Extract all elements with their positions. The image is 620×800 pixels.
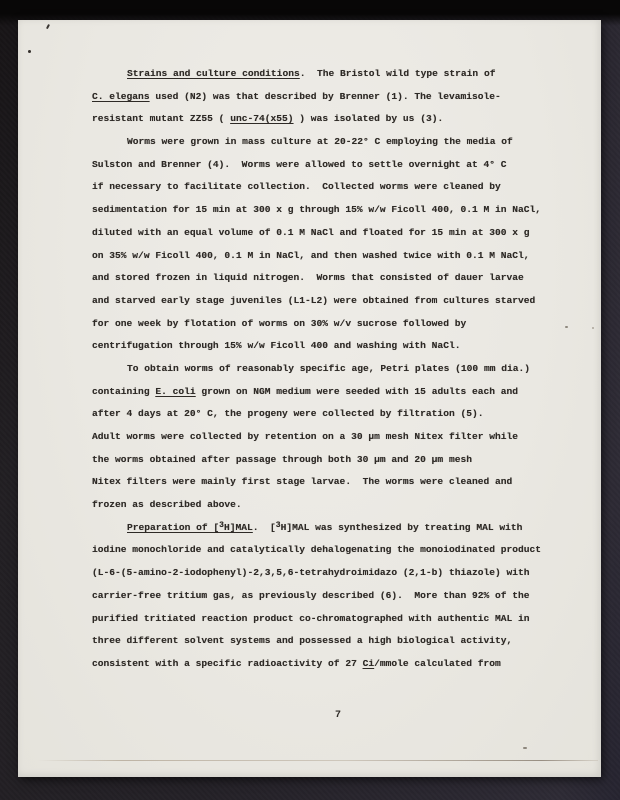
text-line: frozen as described above. [92,494,572,517]
text-line: on 35% w/w Ficoll 400, 0.1 M in NaCl, an… [92,245,572,268]
text-line: To obtain worms of reasonably specific a… [92,358,572,381]
text-line: Adult worms were collected by retention … [92,426,572,449]
scan-speck [523,747,527,749]
text-line: sedimentation for 15 min at 300 x g thro… [92,199,572,222]
underlined-text: C. elegans [92,91,150,102]
text-line: after 4 days at 20° C, the progeny were … [92,403,572,426]
text-line: the worms obtained after passage through… [92,449,572,472]
text-line: for one week by flotation of worms on 30… [92,313,572,336]
text-line: Preparation of [3H]MAL. [3H]MAL was synt… [92,517,572,540]
text-line: Sulston and Brenner (4). Worms were allo… [92,154,572,177]
text-line: diluted with an equal volume of 0.1 M Na… [92,222,572,245]
text-line: C. elegans used (N2) was that described … [92,86,572,109]
text-line: (L-6-(5-amino-2-iodophenyl)-2,3,5,6-tetr… [92,562,572,585]
underlined-text: unc-74(x55) [230,113,293,124]
document-page: Strains and culture conditions. The Bris… [18,20,601,777]
text-line: consistent with a specific radioactivity… [92,653,572,676]
text-line: and starved early stage juveniles (L1-L2… [92,290,572,313]
superscript-text: 3 [219,521,224,530]
text-line: Strains and culture conditions. The Bris… [92,63,572,86]
scan-mark-dot [28,50,31,53]
underlined-text: Strains and culture conditions [127,68,300,79]
underlined-text: Ci [363,658,375,669]
underlined-text: Preparation of [3H]MAL [127,522,253,533]
text-line: purified tritiated reaction product co-c… [92,608,572,631]
text-line: Worms were grown in mass culture at 20-2… [92,131,572,154]
scan-speck [592,327,594,329]
text-line: Nitex filters were mainly first stage la… [92,471,572,494]
typed-text: Strains and culture conditions. The Bris… [92,63,572,676]
text-line: centrifugation through 15% w/w Ficoll 40… [92,335,572,358]
text-line: containing E. coli grown on NGM medium w… [92,381,572,404]
text-line: if necessary to facilitate collection. C… [92,176,572,199]
scan-mark-tick [46,24,50,29]
text-line: and stored frozen in liquid nitrogen. Wo… [92,267,572,290]
document-photo: Strains and culture conditions. The Bris… [0,0,620,800]
scan-artifact-line [38,760,598,761]
underlined-text: E. coli [155,386,195,397]
page-number: 7 [335,710,341,721]
superscript-text: 3 [276,521,281,530]
text-line: resistant mutant ZZ55 ( unc-74(x55) ) wa… [92,108,572,131]
text-line: three different solvent systems and poss… [92,630,572,653]
text-line: carrier-free tritium gas, as previously … [92,585,572,608]
text-line: iodine monochloride and catalytically de… [92,539,572,562]
